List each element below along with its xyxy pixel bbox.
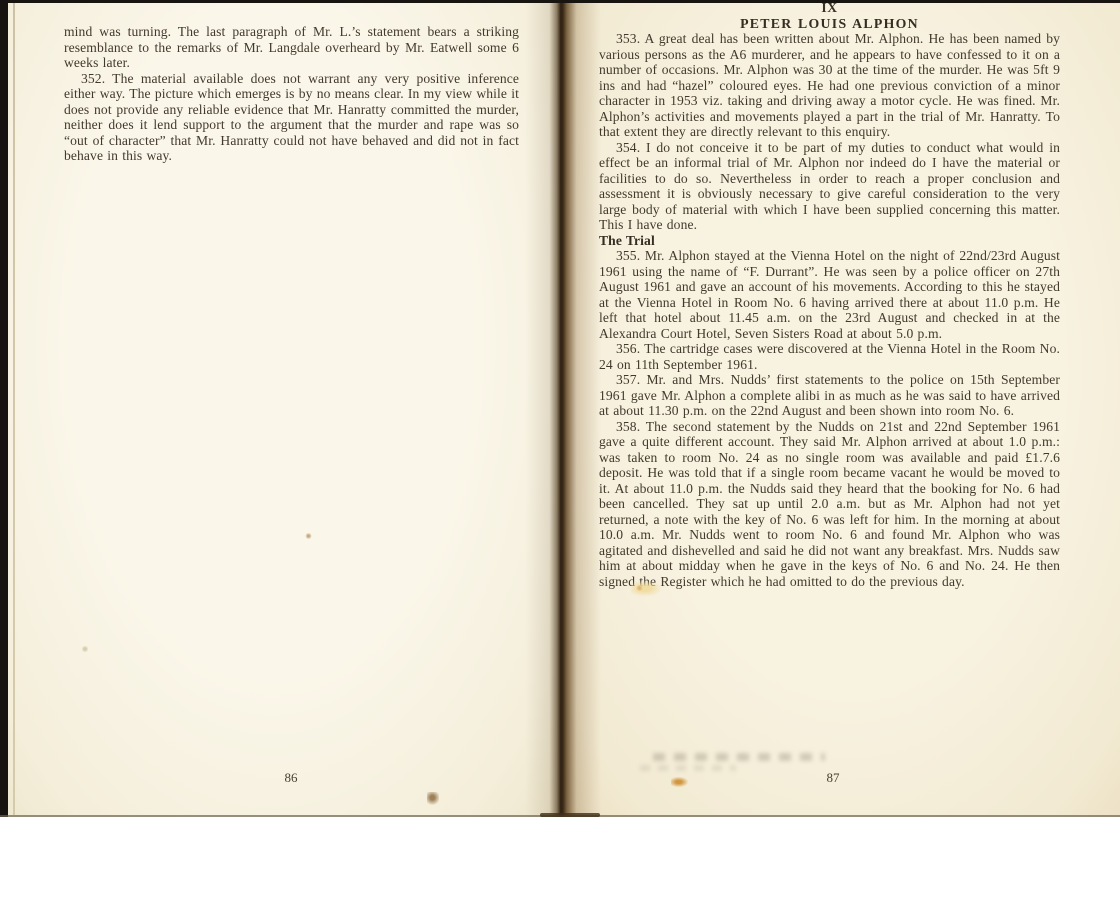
book-scan: mind was turning. The last paragraph of … xyxy=(0,0,1120,817)
book-gutter-shadow xyxy=(525,0,601,817)
paragraph-352: 352. The material available does not war… xyxy=(64,71,519,164)
paragraph-356: 356. The cartridge cases were discovered… xyxy=(599,341,1060,372)
paragraph-358: 358. The second statement by the Nudds o… xyxy=(599,419,1060,590)
showthrough-text-ghost xyxy=(640,765,736,771)
showthrough-text-ghost xyxy=(653,753,825,761)
scan-bottom-gutter-shadow xyxy=(540,813,600,817)
chapter-title: PETER LOUIS ALPHON xyxy=(599,16,1060,32)
paragraph-354: 354. I do not conceive it to be part of … xyxy=(599,140,1060,233)
paper-speck xyxy=(82,645,88,653)
paragraph-353: 353. A great deal has been written about… xyxy=(599,31,1060,140)
left-page-text-column: mind was turning. The last paragraph of … xyxy=(64,24,519,164)
right-page-text-column: IX PETER LOUIS ALPHON 353. A great deal … xyxy=(599,0,1060,589)
paragraph-continuation: mind was turning. The last paragraph of … xyxy=(64,24,519,71)
scanner-edge-left xyxy=(0,0,8,817)
paragraph-357: 357. Mr. and Mrs. Nudds’ first statement… xyxy=(599,372,1060,419)
paper-speck xyxy=(427,792,439,806)
paper-speck xyxy=(305,533,312,539)
section-heading-the-trial: The Trial xyxy=(599,233,1060,249)
paragraph-355: 355. Mr. Alphon stayed at the Vienna Hot… xyxy=(599,248,1060,341)
blank-area-below-scan xyxy=(0,817,1120,921)
paper-speck xyxy=(671,777,688,787)
scanner-edge-top xyxy=(0,0,1120,3)
paper-stain-fleck xyxy=(636,585,643,591)
page-number-87: 87 xyxy=(813,770,853,786)
page-edge-line xyxy=(13,3,15,815)
page-number-86: 86 xyxy=(271,770,311,786)
